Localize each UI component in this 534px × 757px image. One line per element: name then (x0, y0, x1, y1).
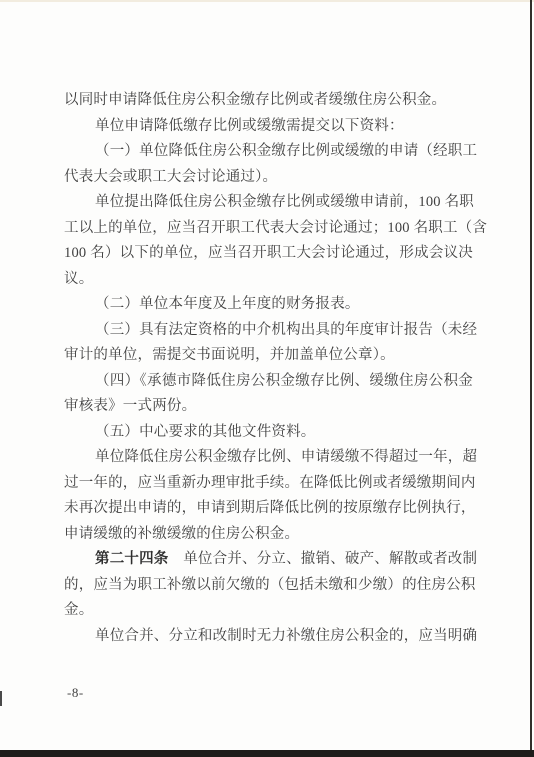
document-line: 审核表》一式两份。 (64, 394, 473, 420)
document-line: （四）《承德市降低住房公积金缴存比例、缓缴住房公积金 (64, 369, 473, 395)
document-line: （二）单位本年度及上年度的财务报表。 (64, 292, 473, 318)
document-line: 未再次提出申请的，申请到期后降低比例的按原缴存比例执行， (64, 496, 473, 522)
document-line: 100 名）以下的单位，应当召开职工大会讨论通过，形成会议决 (64, 241, 473, 267)
document-line: （三）具有法定资格的中介机构出具的年度审计报告（未经 (64, 318, 473, 344)
document-line: 以同时申请降低住房公积金缴存比例或者缓缴住房公积金。 (64, 88, 473, 114)
document-line: 单位合并、分立和改制时无力补缴住房公积金的，应当明确 (64, 624, 473, 650)
article-number: 第二十四条 (95, 551, 169, 567)
document-line: 金。 (64, 598, 473, 624)
document-line: 单位降低住房公积金缴存比例、申请缓缴不得超过一年，超 (64, 445, 473, 471)
document-line: （五）中心要求的其他文件资料。 (64, 420, 473, 446)
document-line: 单位提出降低住房公积金缴存比例或缓缴申请前，100 名职 (64, 190, 473, 216)
document-line: 申请缓缴的补缴缓缴的住房公积金。 (64, 522, 473, 548)
document-line: 工以上的单位，应当召开职工代表大会讨论通过；100 名职工（含 (64, 216, 473, 242)
scan-left-mark (0, 691, 2, 706)
scanned-document-page: 以同时申请降低住房公积金缴存比例或者缓缴住房公积金。单位申请降低缴存比例或缓缴需… (0, 0, 534, 757)
document-line: 第二十四条 单位合并、分立、撤销、破产、解散或者改制 (64, 547, 473, 573)
document-line: 的，应当为职工补缴以前欠缴的（包括未缴和少缴）的住房公积 (64, 573, 473, 599)
document-line: 过一年的，应当重新办理审批手续。在降低比例或者缓缴期间内 (64, 471, 473, 497)
document-line: 单位申请降低缴存比例或缓缴需提交以下资料： (64, 114, 473, 140)
scan-bottom-edge (0, 750, 534, 757)
document-line: 审计的单位，需提交书面说明，并加盖单位公章）。 (64, 343, 473, 369)
document-line: （一）单位降低住房公积金缴存比例或缓缴的申请（经职工 (64, 139, 473, 165)
document-body: 以同时申请降低住房公积金缴存比例或者缓缴住房公积金。单位申请降低缴存比例或缓缴需… (64, 88, 473, 649)
scan-top-edge (0, 0, 534, 2)
document-line: 代表大会或职工大会讨论通过）。 (64, 165, 473, 191)
document-line: 议。 (64, 267, 473, 293)
page-number: -8- (67, 685, 84, 701)
scan-right-edge (530, 0, 532, 757)
